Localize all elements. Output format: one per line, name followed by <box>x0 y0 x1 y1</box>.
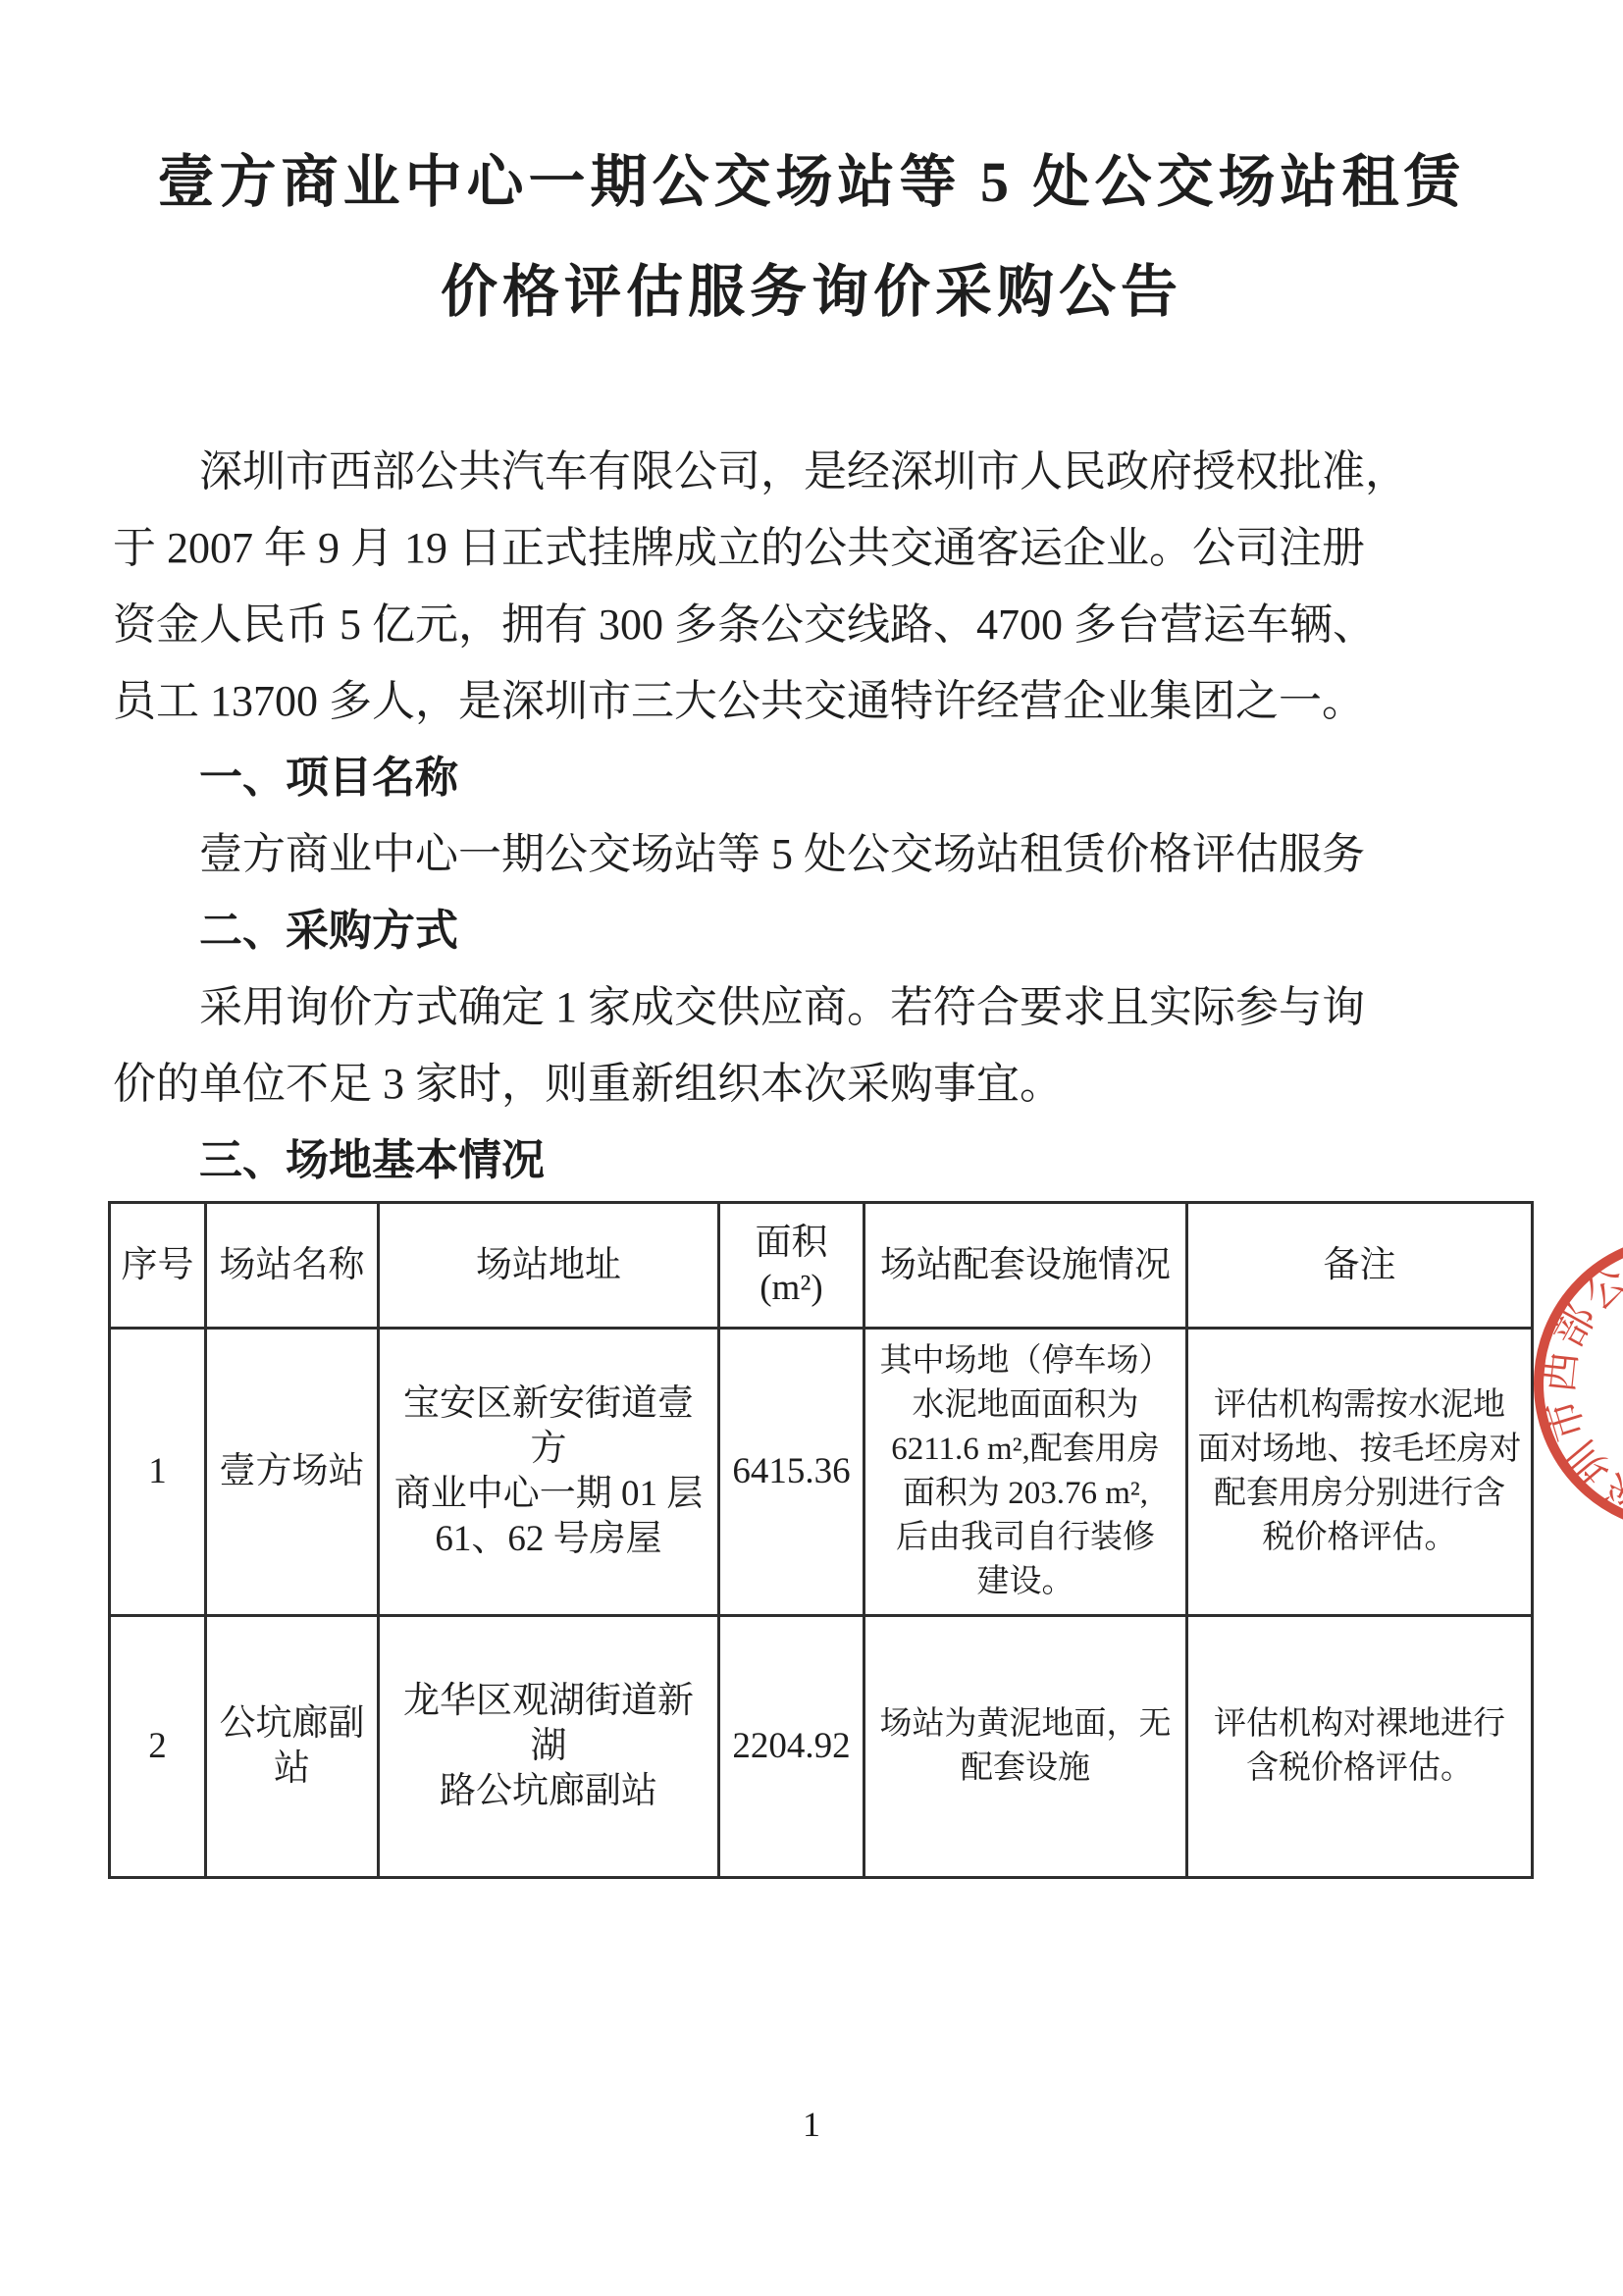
cell-station-name: 公坑廊副 站 <box>206 1616 379 1878</box>
cell-index: 2 <box>110 1616 206 1878</box>
cell-station-address: 宝安区新安街道壹方 商业中心一期 01 层 61、62 号房屋 <box>379 1329 719 1616</box>
col-header-facilities: 场站配套设施情况 <box>864 1203 1187 1329</box>
col-header-station-name: 场站名称 <box>206 1203 379 1329</box>
sites-table: 序号 场站名称 场站地址 面积 (m²) 场站配套设施情况 备注 1 壹方场站 … <box>108 1201 1534 1879</box>
table-row: 2 公坑廊副 站 龙华区观湖街道新湖 路公坑廊副站 2204.92 场站为黄泥地… <box>110 1616 1533 1878</box>
cell-index: 1 <box>110 1329 206 1616</box>
section-1-body: 壹方商业中心一期公交场站等 5 处公交场站租赁价格评估服务 <box>113 816 1510 893</box>
col-header-area: 面积 (m²) <box>719 1203 864 1329</box>
cell-facilities: 场站为黄泥地面，无 配套设施 <box>864 1616 1187 1878</box>
table-header-row: 序号 场站名称 场站地址 面积 (m²) 场站配套设施情况 备注 <box>110 1203 1533 1329</box>
cell-area: 6415.36 <box>719 1329 864 1616</box>
stamp-ring <box>1539 1240 1623 1527</box>
document-page: 壹方商业中心一期公交场站等 5 处公交场站租赁价格评估服务询价采购公告 深圳市西… <box>0 0 1623 2296</box>
cell-remark: 评估机构需按水泥地 面对场地、按毛坯房对 配套用房分别进行含 税价格评估。 <box>1187 1329 1533 1616</box>
table-row: 1 壹方场站 宝安区新安街道壹方 商业中心一期 01 层 61、62 号房屋 6… <box>110 1329 1533 1616</box>
cell-area: 2204.92 <box>719 1616 864 1878</box>
document-title: 壹方商业中心一期公交场站等 5 处公交场站租赁价格评估服务询价采购公告 <box>88 128 1535 347</box>
title-line-1: 壹方商业中心一期公交场站等 5 处公交场站租赁 <box>157 150 1465 214</box>
page-number: 1 <box>0 2103 1623 2146</box>
section-1-heading: 一、项目名称 <box>113 740 1510 816</box>
cell-station-address: 龙华区观湖街道新湖 路公坑廊副站 <box>379 1616 719 1878</box>
intro-paragraph: 深圳市西部公共汽车有限公司，是经深圳市人民政府授权批准， 于 2007 年 9 … <box>113 434 1510 740</box>
stamp-text: 深圳市西部公共汽车有限公司 <box>1537 1238 1623 1521</box>
title-line-2: 价格评估服务询价采购公告 <box>441 260 1182 324</box>
cell-facilities: 其中场地（停车场） 水泥地面面积为 6211.6 m²,配套用房 面积为 203… <box>864 1329 1187 1616</box>
col-header-index: 序号 <box>110 1203 206 1329</box>
col-header-remark: 备注 <box>1187 1203 1533 1329</box>
cell-station-name: 壹方场站 <box>206 1329 379 1616</box>
section-2-heading: 二、采购方式 <box>113 893 1510 969</box>
section-2-body: 采用询价方式确定 1 家成交供应商。若符合要求且实际参与询 价的单位不足 3 家… <box>113 969 1510 1122</box>
col-header-station-address: 场站地址 <box>379 1203 719 1329</box>
section-3-heading: 三、场地基本情况 <box>113 1122 1510 1199</box>
cell-remark: 评估机构对裸地进行 含税价格评估。 <box>1187 1616 1533 1878</box>
